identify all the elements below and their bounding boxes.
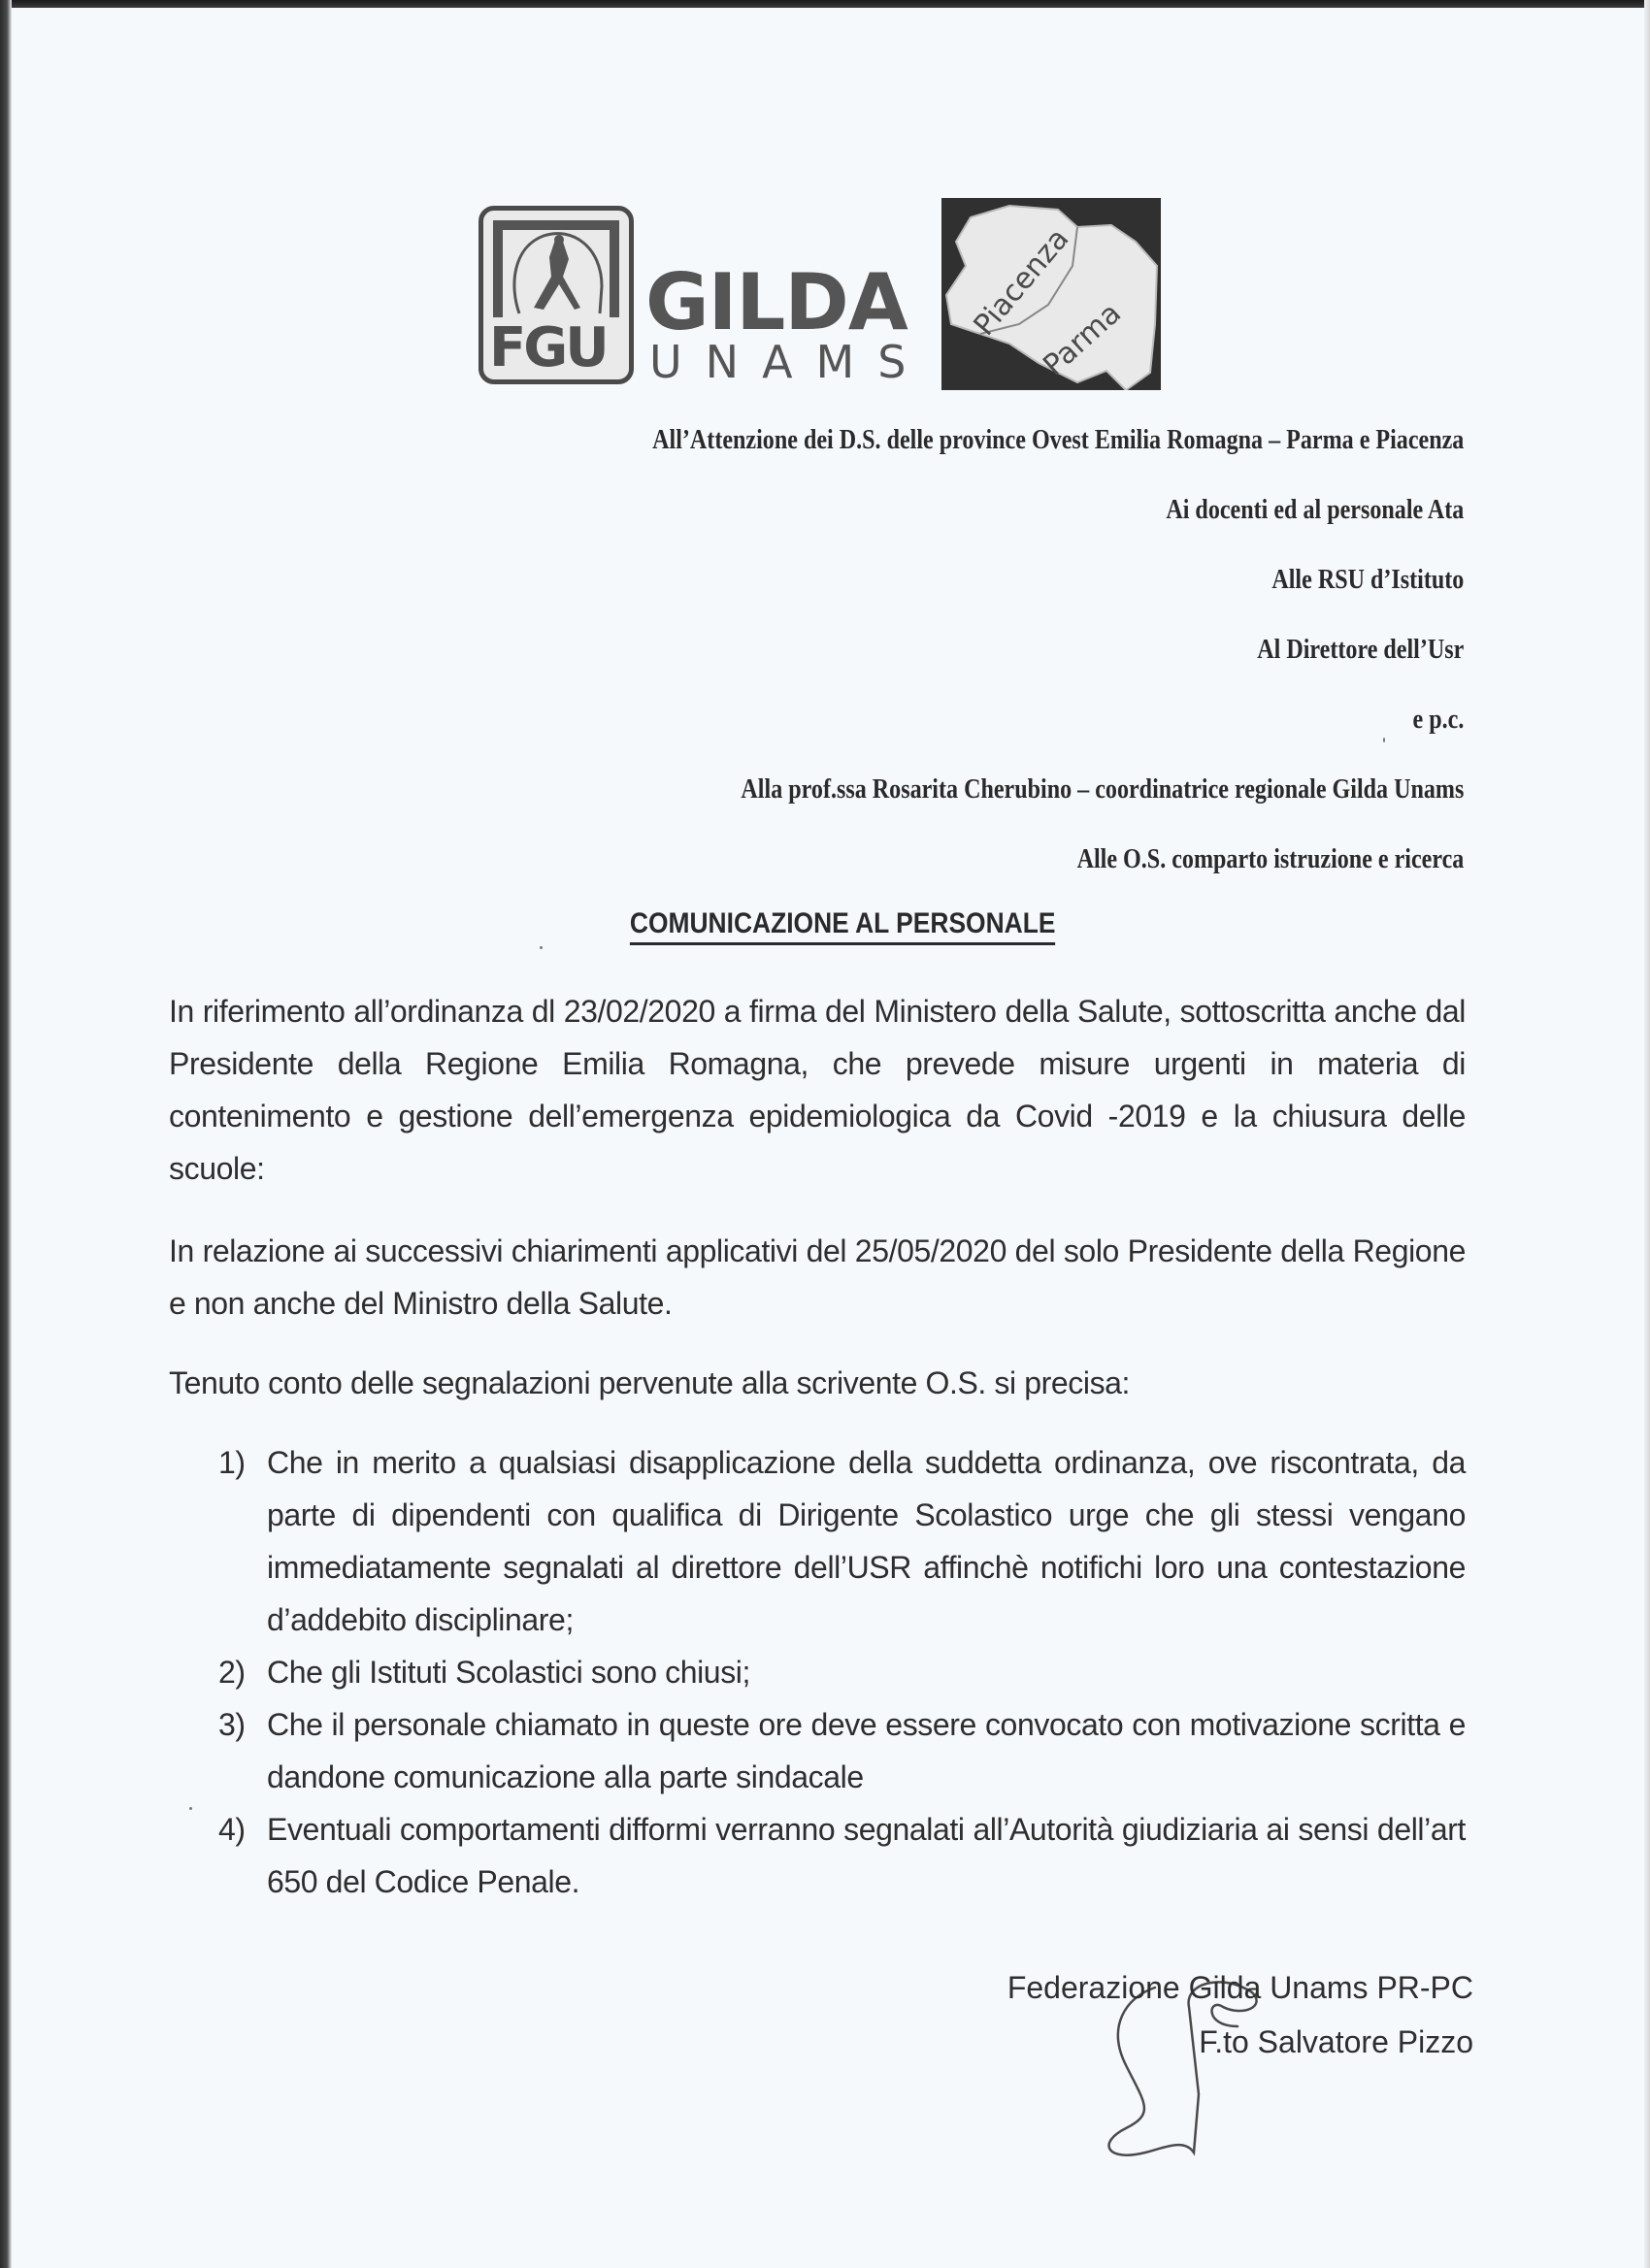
province-map-icon: Piacenza Parma — [941, 198, 1161, 390]
list-number: 4) — [218, 1803, 267, 1908]
scan-border-left — [0, 0, 12, 2268]
recipient-line: e p.c. — [652, 697, 1464, 767]
recipients-block: All’Attenzione dei D.S. delle province O… — [520, 417, 1464, 906]
scan-speck — [189, 1807, 192, 1810]
numbered-list: 1) Che in merito a qualsiasi disapplicaz… — [218, 1436, 1466, 1908]
fgu-badge-icon: FGU — [478, 206, 634, 384]
scan-speck — [1383, 738, 1385, 742]
letterhead-logo: FGU GILDA UNAMS Piacenza Parma — [478, 206, 1168, 394]
logo-subname: UNAMS — [649, 338, 929, 386]
signature-name: F.to Salvatore Pizzo — [1007, 2015, 1473, 2069]
recipient-line: Alla prof.ssa Rosarita Cherubino – coord… — [652, 767, 1464, 837]
list-item: 3) Che il personale chiamato in queste o… — [218, 1698, 1466, 1803]
list-number: 3) — [218, 1698, 267, 1803]
scan-border-top — [0, 0, 1650, 8]
signature-organization: Federazione Gilda Unams PR-PC — [1007, 1960, 1473, 2015]
list-text: Che in merito a qualsiasi disapplicazion… — [267, 1436, 1466, 1646]
body-paragraph: In riferimento all’ordinanza dl 23/02/20… — [169, 985, 1466, 1195]
signature-block: Federazione Gilda Unams PR-PC F.to Salva… — [1007, 1960, 1473, 2069]
paragraph-text: Tenuto conto delle segnalazioni pervenut… — [169, 1357, 1466, 1409]
document-title: COMUNICAZIONE AL PERSONALE — [0, 907, 1650, 945]
logo-name: GILDA — [645, 264, 907, 342]
body-paragraph: In relazione ai successivi chiarimenti a… — [169, 1225, 1466, 1330]
paragraph-text: In riferimento all’ordinanza dl 23/02/20… — [169, 985, 1466, 1195]
scan-speck — [540, 946, 543, 949]
paragraph-text: In relazione ai successivi chiarimenti a… — [169, 1225, 1466, 1330]
list-text: Che gli Istituti Scolastici sono chiusi; — [267, 1646, 1466, 1698]
list-item: 2) Che gli Istituti Scolastici sono chiu… — [218, 1646, 1466, 1698]
list-number: 2) — [218, 1646, 267, 1698]
fgu-letters: FGU — [489, 319, 625, 378]
list-text: Che il personale chiamato in queste ore … — [267, 1698, 1466, 1803]
document-title-text: COMUNICAZIONE AL PERSONALE — [630, 907, 1056, 945]
list-text: Eventuali comportamenti difformi verrann… — [267, 1803, 1466, 1908]
body-paragraph: Tenuto conto delle segnalazioni pervenut… — [169, 1357, 1466, 1409]
recipient-line: Al Direttore dell’Usr — [652, 627, 1464, 697]
recipient-line: Alle O.S. comparto istruzione e ricerca — [652, 837, 1464, 906]
scan-border-right — [1644, 0, 1650, 2268]
list-number: 1) — [218, 1436, 267, 1646]
walking-figure-icon — [505, 228, 611, 320]
list-item: 1) Che in merito a qualsiasi disapplicaz… — [218, 1436, 1466, 1646]
recipient-line: Ai docenti ed al personale Ata — [652, 487, 1464, 557]
recipient-line: All’Attenzione dei D.S. delle province O… — [652, 417, 1464, 487]
list-item: 4) Eventuali comportamenti difformi verr… — [218, 1803, 1466, 1908]
recipient-line: Alle RSU d’Istituto — [652, 557, 1464, 627]
